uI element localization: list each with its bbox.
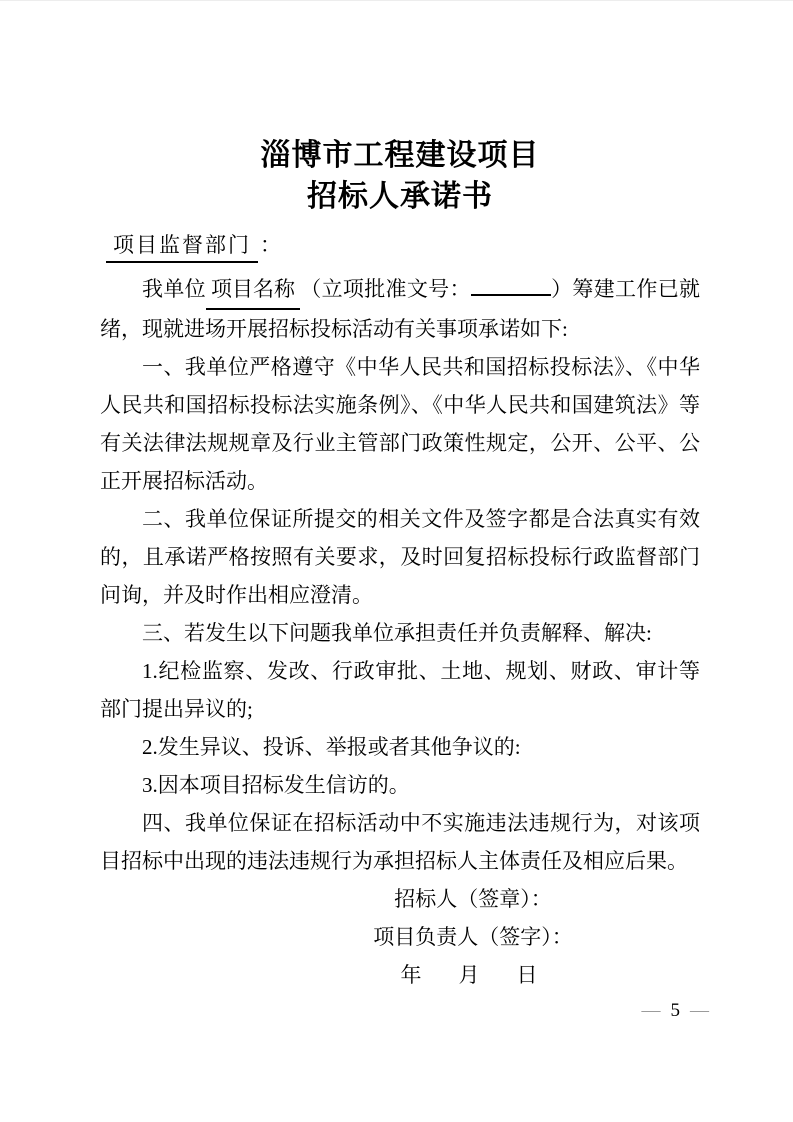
document-page: 淄博市工程建设项目 招标人承诺书 项目监督部门： 我单位项目名称（立项批准文号：…: [0, 0, 793, 1122]
clause-2: 二、我单位保证所提交的相关文件及签字都是合法真实有效的，且承诺严格按照有关要求，…: [100, 500, 700, 614]
project-name-blank: 项目名称: [206, 270, 300, 310]
supervisor-department-field: 项目监督部门: [106, 230, 258, 263]
intro-middle-text: （立项批准文号：: [300, 277, 471, 301]
page-number-dash-left: —: [642, 1000, 661, 1021]
page-number-dash-right: —: [690, 1000, 709, 1021]
clause-3-item-3: 3.因本项目招标发生信访的。: [100, 766, 700, 804]
clause-4: 四、我单位保证在招标活动中不实施违法违规行为，对该项目招标中出现的违法违规行为承…: [100, 804, 700, 880]
supervisor-line: 项目监督部门：: [100, 230, 700, 263]
clause-3-item-1: 1.纪检监察、发改、行政审批、土地、规划、财政、审计等部门提出异议的;: [100, 652, 700, 728]
signature-project-manager-line: 项目负责人（签字）：: [246, 918, 700, 956]
page-number-value: 5: [671, 1000, 681, 1021]
document-title: 淄博市工程建设项目 招标人承诺书: [100, 135, 700, 217]
document-title-line1: 淄博市工程建设项目: [100, 135, 700, 176]
approval-number-blank: [471, 272, 551, 296]
page-number: —5—: [642, 999, 710, 1023]
signature-date-line: 年 月 日: [246, 956, 700, 994]
signature-block: 招标人（签章）： 项目负责人（签字）： 年 月 日: [246, 880, 700, 994]
intro-lead-text: 我单位: [142, 277, 206, 301]
supervisor-colon: ：: [258, 233, 281, 257]
intro-paragraph: 我单位项目名称（立项批准文号：）筹建工作已就绪，现就进场开展招标投标活动有关事项…: [100, 270, 700, 348]
document-title-line2: 招标人承诺书: [100, 176, 700, 217]
clause-3: 三、若发生以下问题我单位承担责任并负责解释、解决:: [100, 614, 700, 652]
clause-1: 一、我单位严格遵守《中华人民共和国招标投标法》、《中华人民共和国招标投标法实施条…: [100, 348, 700, 500]
clause-3-item-2: 2.发生异议、投诉、举报或者其他争议的:: [100, 728, 700, 766]
signature-bidder-seal-line: 招标人（签章）：: [246, 880, 700, 918]
